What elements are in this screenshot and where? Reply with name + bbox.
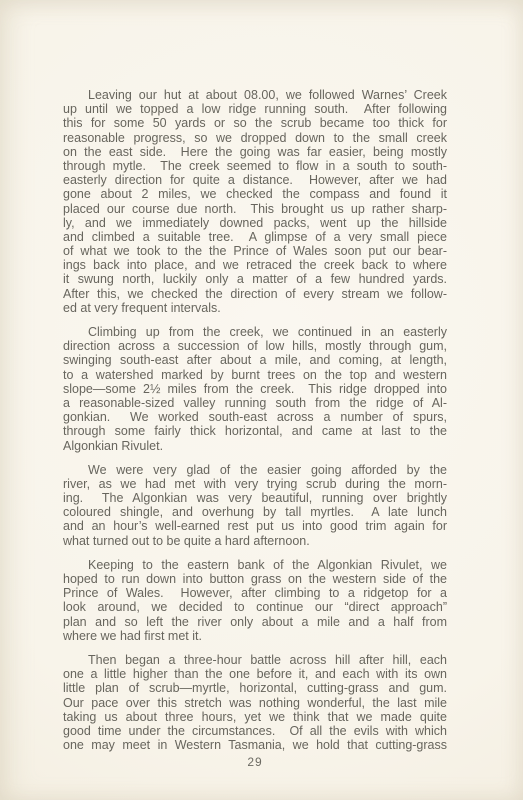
text-line: reasonable progress, so we dropped down …	[63, 131, 447, 145]
text-line: one may meet in Western Tasmania, we hol…	[63, 738, 447, 752]
text-line: swinging south-east after about a mile, …	[63, 353, 447, 367]
text-line: Our pace over this stretch was nothing w…	[63, 696, 447, 710]
text-line: where we had first met it.	[63, 629, 447, 643]
text-line: and climbed a suitable tree. A glimpse o…	[63, 230, 447, 244]
text-line: placed our course due north. This brough…	[63, 202, 447, 216]
text-line: We were very glad of the easier going af…	[63, 463, 447, 477]
text-line: river, as we had met with very trying sc…	[63, 477, 447, 491]
paragraph: Keeping to the eastern bank of the Algon…	[63, 558, 447, 643]
text-line: coloured shingle, and overhung by tall m…	[63, 505, 447, 519]
text-line: up until we topped a low ridge running s…	[63, 102, 447, 116]
text-line: through some fairly thick horizontal, an…	[63, 424, 447, 438]
text-line: through mytle. The creek seemed to flow …	[63, 159, 447, 173]
text-line: easterly direction for quite a distance.…	[63, 173, 447, 187]
text-line: Keeping to the eastern bank of the Algon…	[63, 558, 447, 572]
text-line: Climbing up from the creek, we continued…	[63, 325, 447, 339]
text-line: little plan of scrub—myrtle, horizontal,…	[63, 681, 447, 695]
text-line: look around, we decided to continue our …	[63, 600, 447, 614]
page-text: Leaving our hut at about 08.00, we follo…	[63, 88, 447, 762]
paragraph: Then began a three-hour battle across hi…	[63, 653, 447, 752]
text-line: gonkian. We worked south-east across a n…	[63, 410, 447, 424]
paragraph: Climbing up from the creek, we continued…	[63, 325, 447, 453]
text-line: a reasonable-sized valley running south …	[63, 396, 447, 410]
text-line: ed at very frequent intervals.	[63, 301, 447, 315]
text-line: this for some 50 yards or so the scrub b…	[63, 116, 447, 130]
text-line: slope—some 2½ miles from the creek. This…	[63, 382, 447, 396]
text-line: it swung north, luckily only a matter of…	[63, 272, 447, 286]
text-line: of what we took to the the Prince of Wal…	[63, 244, 447, 258]
text-line: good time under the circumstances. Of al…	[63, 724, 447, 738]
text-line: taking us about three hours, yet we thin…	[63, 710, 447, 724]
text-line: one a little higher than the one before …	[63, 667, 447, 681]
text-line: and an hour’s well-earned rest put us in…	[63, 519, 447, 533]
text-line: Leaving our hut at about 08.00, we follo…	[63, 88, 447, 102]
text-line: what turned out to be quite a hard after…	[63, 534, 447, 548]
text-line: ly, and we immediately downed packs, wen…	[63, 216, 447, 230]
text-line: gone about 2 miles, we checked the compa…	[63, 187, 447, 201]
text-line: After this, we checked the direction of …	[63, 287, 447, 301]
text-line: plan and so left the river only about a …	[63, 615, 447, 629]
text-line: Then began a three-hour battle across hi…	[63, 653, 447, 667]
book-page: Leaving our hut at about 08.00, we follo…	[0, 0, 523, 800]
page-number: 29	[63, 755, 447, 769]
text-line: to a watershed marked by burnt trees on …	[63, 368, 447, 382]
text-line: hoped to run down into button grass on t…	[63, 572, 447, 586]
text-line: direction across a succession of low hil…	[63, 339, 447, 353]
text-line: ings back into place, and we retraced th…	[63, 258, 447, 272]
paragraph: We were very glad of the easier going af…	[63, 463, 447, 548]
paragraph: Leaving our hut at about 08.00, we follo…	[63, 88, 447, 315]
text-line: on the east side. Here the going was far…	[63, 145, 447, 159]
text-line: Prince of Wales. However, after climbing…	[63, 586, 447, 600]
text-line: ing. The Algonkian was very beautiful, r…	[63, 491, 447, 505]
text-line: Algonkian Rivulet.	[63, 439, 447, 453]
